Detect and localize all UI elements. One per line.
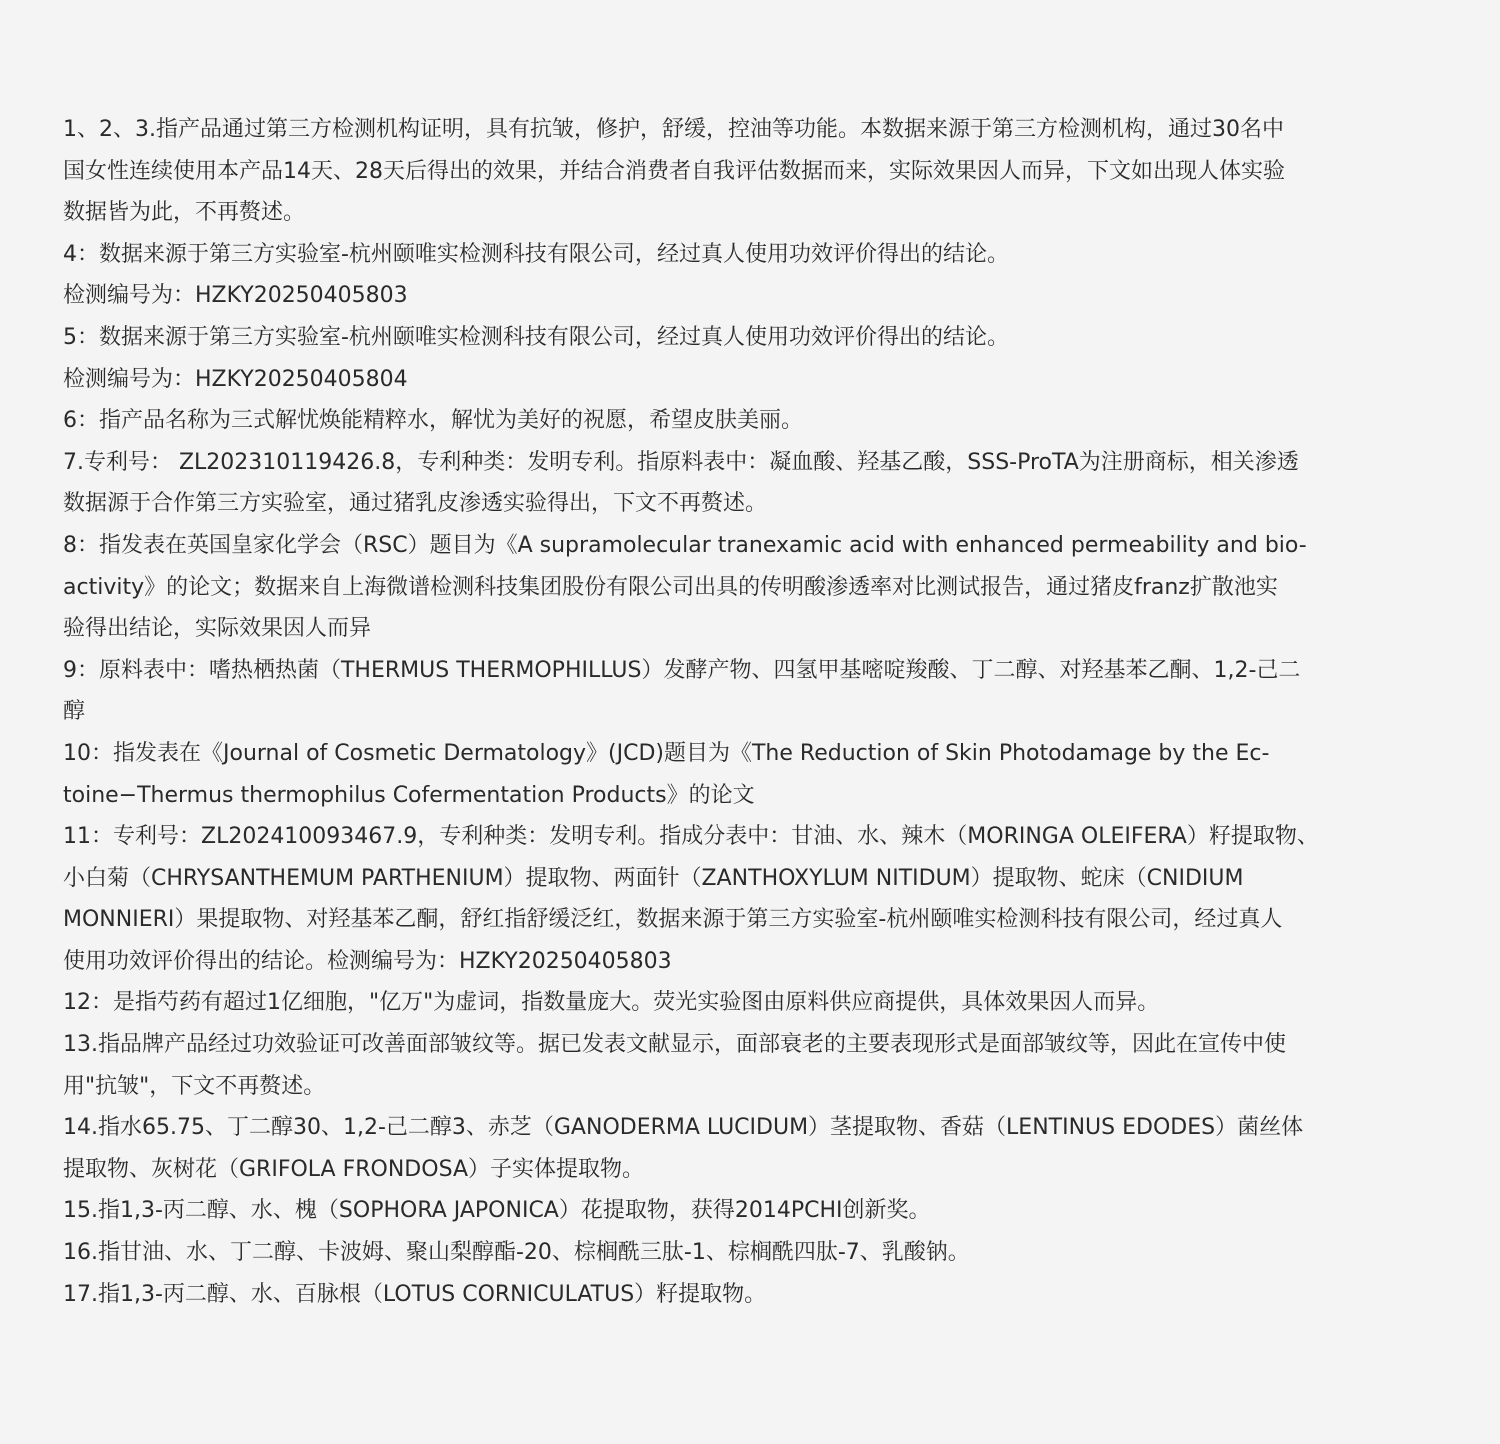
footnote-13-line-2: 用"抗皱"，下文不再赘述。 (63, 1066, 1433, 1108)
footnote-8-line-3: 验得出结论，实际效果因人而异 (63, 608, 1433, 650)
footnote-14-line-1: 14.指水65.75、丁二醇30、1,2-己二醇3、赤芝（GANODERMA L… (63, 1107, 1433, 1149)
footnote-10-line-2: toine−Thermus thermophilus Cofermentatio… (63, 775, 1433, 817)
footnote-10-line-1: 10：指发表在《Journal of Cosmetic Dermatology》… (63, 733, 1433, 775)
footnote-6: 6：指产品名称为三式解忧焕能精粹水，解忧为美好的祝愿，希望皮肤美丽。 (63, 400, 1433, 442)
footnote-17: 17.指1,3-丙二醇、水、百脉根（LOTUS CORNICULATUS）籽提取… (63, 1274, 1433, 1316)
footnote-15: 15.指1,3-丙二醇、水、槐（SOPHORA JAPONICA）花提取物，获得… (63, 1190, 1433, 1232)
footnote-11-line-4: 使用功效评价得出的结论。检测编号为：HZKY20250405803 (63, 941, 1433, 983)
footnote-4: 4：数据来源于第三方实验室-杭州颐唯实检测科技有限公司，经过真人使用功效评价得出… (63, 234, 1433, 276)
footnote-1-3-line-2: 国女性连续使用本产品14天、28天后得出的效果，并结合消费者自我评估数据而来，实… (63, 151, 1433, 193)
footnote-5: 5：数据来源于第三方实验室-杭州颐唯实检测科技有限公司，经过真人使用功效评价得出… (63, 317, 1433, 359)
footnotes-block: 1、2、3.指产品通过第三方检测机构证明，具有抗皱，修护，舒缓，控油等功能。本数… (63, 109, 1433, 1315)
footnote-13-line-1: 13.指品牌产品经过功效验证可改善面部皱纹等。据已发表文献显示，面部衰老的主要表… (63, 1024, 1433, 1066)
footnote-8-line-2: activity》的论文；数据来自上海微谱检测科技集团股份有限公司出具的传明酸渗… (63, 567, 1433, 609)
footnote-11-line-1: 11：专利号：ZL202410093467.9，专利种类：发明专利。指成分表中：… (63, 816, 1433, 858)
footnote-11-line-2: 小白菊（CHRYSANTHEMUM PARTHENIUM）提取物、两面针（ZAN… (63, 858, 1433, 900)
footnote-1-3-line-3: 数据皆为此，不再赘述。 (63, 192, 1433, 234)
footnote-12: 12：是指芍药有超过1亿细胞，"亿万"为虚词，指数量庞大。荧光实验图由原料供应商… (63, 982, 1433, 1024)
footnote-16: 16.指甘油、水、丁二醇、卡波姆、聚山梨醇酯-20、棕榈酰三肽-1、棕榈酰四肽-… (63, 1232, 1433, 1274)
footnote-9-line-1: 9：原料表中：嗜热栖热菌（THERMUS THERMOPHILLUS）发酵产物、… (63, 650, 1433, 692)
footnote-8-line-1: 8：指发表在英国皇家化学会（RSC）题目为《A supramolecular t… (63, 525, 1433, 567)
footnote-9-line-2: 醇 (63, 691, 1433, 733)
footnote-11-line-3: MONNIERI）果提取物、对羟基苯乙酮，舒红指舒缓泛红，数据来源于第三方实验室… (63, 899, 1433, 941)
footnote-5-test-number: 检测编号为：HZKY20250405804 (63, 359, 1433, 401)
footnote-4-test-number: 检测编号为：HZKY20250405803 (63, 275, 1433, 317)
footnote-1-3-line-1: 1、2、3.指产品通过第三方检测机构证明，具有抗皱，修护，舒缓，控油等功能。本数… (63, 109, 1433, 151)
footnote-14-line-2: 提取物、灰树花（GRIFOLA FRONDOSA）子实体提取物。 (63, 1149, 1433, 1191)
footnote-7-line-1: 7.专利号： ZL202310119426.8，专利种类：发明专利。指原料表中：… (63, 442, 1433, 484)
footnote-7-line-2: 数据源于合作第三方实验室，通过猪乳皮渗透实验得出，下文不再赘述。 (63, 483, 1433, 525)
